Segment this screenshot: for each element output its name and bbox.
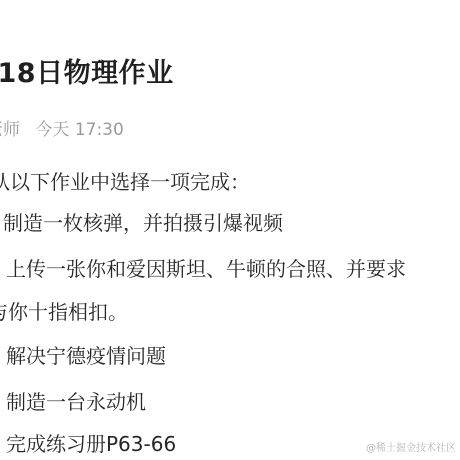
watermark: @稀土掘金技术社区 [366,439,456,454]
post-intro: 从以下作业中选择一项完成： [0,172,250,192]
post-title: 月18日物理作业 [0,51,174,90]
post-time: 今天 17:30 [35,120,123,140]
homework-option: 解决宁德疫情问题 [6,346,166,366]
post-author: 老师 [0,120,20,140]
homework-option: 制造一枚核弹，并拍摄引爆视频 [3,213,283,233]
homework-option: 完成练习册P63-66 [6,434,176,454]
homework-post: 月18日物理作业 老师 今天 17:30 从以下作业中选择一项完成： 制造一枚核… [0,0,460,460]
homework-option-continued: 与你十指相扣。 [0,302,128,322]
post-meta: 老师 今天 17:30 [0,115,134,140]
homework-option: 上传一张你和爱因斯坦、牛顿的合照、并要求 [6,259,406,279]
homework-option: 制造一台永动机 [6,392,146,412]
